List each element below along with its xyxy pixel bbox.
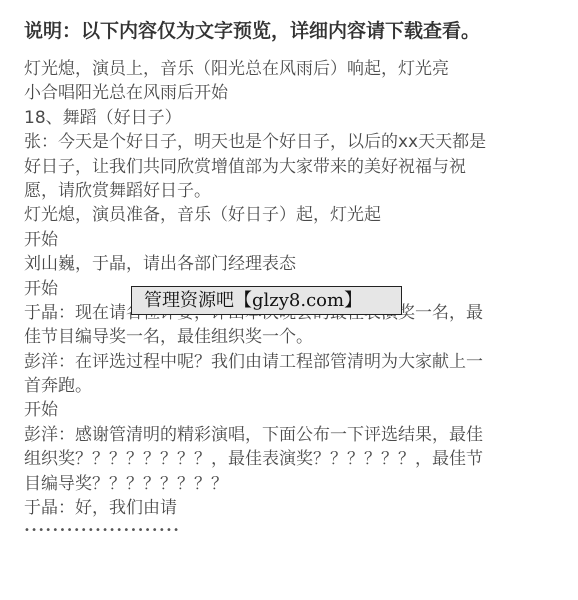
text-line: 18、舞蹈（好日子）	[24, 106, 544, 130]
text-line: 好日子，让我们共同欣赏增值部为大家带来的美好祝福与祝	[24, 155, 544, 179]
text-line: 愿，请欣赏舞蹈好日子。	[24, 179, 544, 203]
text-line: 于晶：好，我们由请	[24, 496, 544, 520]
text-line: 首奔跑。	[24, 374, 544, 398]
text-line: 彭洋：感谢管清明的精彩演唱，下面公布一下评选结果，最佳	[24, 423, 544, 447]
text-line: 灯光熄，演员准备，音乐（好日子）起，灯光起	[24, 203, 544, 227]
text-line: 彭洋：在评选过程中呢？我们由请工程部管清明为大家献上一	[24, 350, 544, 374]
preview-notice-title: 说明：以下内容仅为文字预览，详细内容请下载查看。	[24, 16, 480, 43]
truncation-ellipsis: ••••••••••••••••••••••	[24, 520, 544, 544]
text-line: 灯光熄，演员上，音乐（阳光总在风雨后）响起，灯光亮	[24, 57, 544, 81]
text-line: 组织奖？？？？？？？？，最佳表演奖？？？？？？，最佳节	[24, 447, 544, 471]
text-line: 小合唱阳光总在风雨后开始	[24, 81, 544, 105]
text-line: 目编导奖？？？？？？？？	[24, 472, 544, 496]
text-line: 张：今天是个好日子，明天也是个好日子，以后的xx天天都是	[24, 130, 544, 154]
text-line: 刘山巍，于晶，请出各部门经理表态	[24, 252, 544, 276]
text-line: 开始	[24, 398, 544, 422]
text-line: 开始	[24, 228, 544, 252]
text-line: 佳节目编导奖一名，最佳组织奖一个。	[24, 325, 544, 349]
watermark-banner: 管理资源吧【glzy8.com】	[131, 286, 402, 315]
